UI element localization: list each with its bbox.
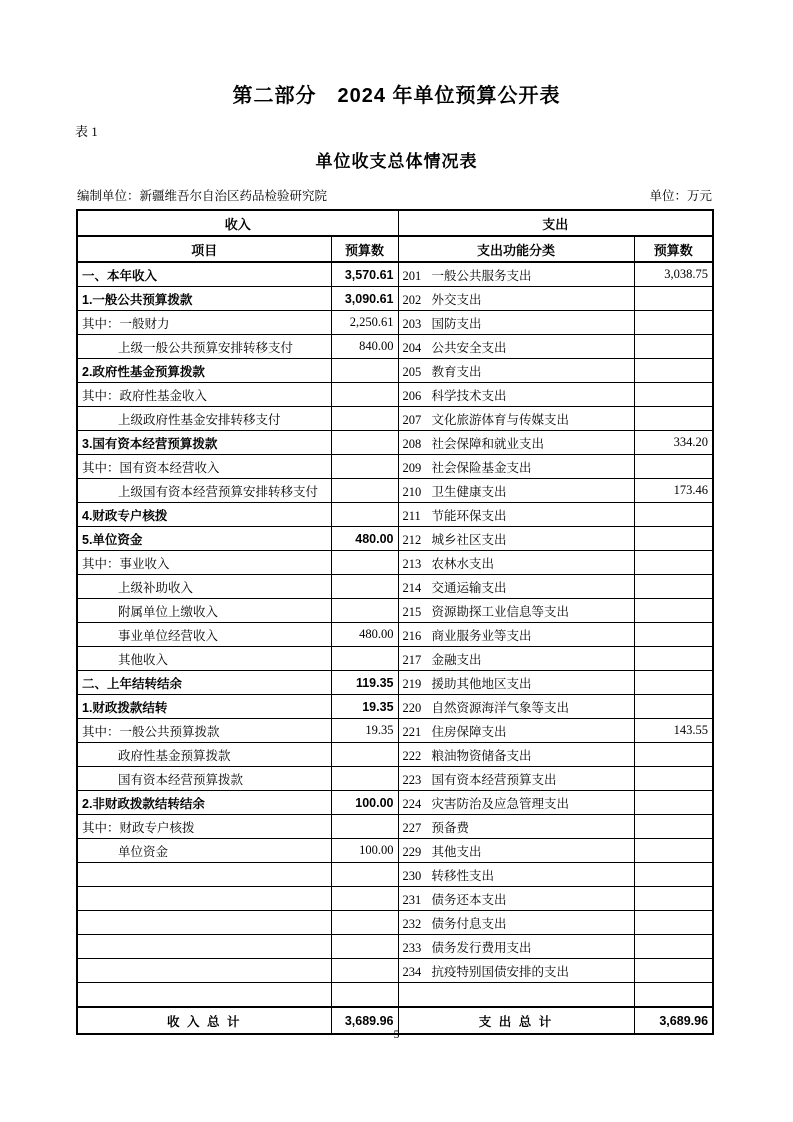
income-budget-cell [331, 599, 398, 623]
income-budget-cell [331, 887, 398, 911]
income-budget-cell: 480.00 [331, 623, 398, 647]
income-budget-cell [331, 551, 398, 575]
income-item-cell: 一、本年收入 [77, 262, 331, 287]
expense-item-cell: 229其他支出 [398, 839, 634, 863]
table-row: 上级补助收入214交通运输支出 [77, 575, 713, 599]
expense-function-label: 卫生健康支出 [432, 485, 507, 499]
expense-item-cell: 227预备费 [398, 815, 634, 839]
income-section-header: 收入 [77, 210, 398, 236]
expense-budget-cell [634, 455, 713, 479]
expense-function-code: 210 [403, 485, 425, 500]
expense-budget-cell [634, 407, 713, 431]
expense-budget-cell [634, 959, 713, 983]
expense-function-code: 217 [403, 653, 425, 668]
expense-function-label: 公共安全支出 [432, 341, 507, 355]
expense-item-cell: 214交通运输支出 [398, 575, 634, 599]
expense-function-label: 债务付息支出 [432, 917, 507, 931]
budget-table: 收入 支出 项目 预算数 支出功能分类 预算数 一、本年收入3,570.6120… [76, 209, 714, 1035]
expense-item-cell: 217金融支出 [398, 647, 634, 671]
page-title: 第二部分 2024 年单位预算公开表 [0, 84, 793, 108]
expense-function-label: 转移性支出 [432, 869, 495, 883]
income-item-cell: 3.国有资本经营预算拨款 [77, 431, 331, 455]
expense-section-header: 支出 [398, 210, 713, 236]
expense-budget-cell [634, 743, 713, 767]
income-item-cell: 附属单位上缴收入 [77, 599, 331, 623]
income-item-cell [77, 911, 331, 935]
income-item-cell [77, 887, 331, 911]
income-item-cell: 上级国有资本经营预算安排转移支付 [77, 479, 331, 503]
income-item-cell: 单位资金 [77, 839, 331, 863]
column-header-budget2: 预算数 [634, 236, 713, 262]
expense-function-label: 交通运输支出 [432, 581, 507, 595]
expense-item-cell: 208社会保障和就业支出 [398, 431, 634, 455]
expense-budget-cell [634, 287, 713, 311]
income-budget-cell [331, 911, 398, 935]
income-item-cell: 其中：国有资本经营收入 [77, 455, 331, 479]
expense-budget-cell [634, 815, 713, 839]
expense-budget-cell [634, 503, 713, 527]
expense-item-cell: 205教育支出 [398, 359, 634, 383]
column-header-function: 支出功能分类 [398, 236, 634, 262]
expense-function-label: 援助其他地区支出 [432, 677, 532, 691]
table-row: 其中：一般公共预算拨款19.35221住房保障支出143.55 [77, 719, 713, 743]
expense-item-cell: 202外交支出 [398, 287, 634, 311]
income-budget-cell [331, 935, 398, 959]
table-row: 4.财政专户核拨211节能环保支出 [77, 503, 713, 527]
expense-function-label: 金融支出 [432, 653, 482, 667]
income-budget-cell: 19.35 [331, 695, 398, 719]
income-item-cell: 上级一般公共预算安排转移支付 [77, 335, 331, 359]
expense-item-cell: 204公共安全支出 [398, 335, 634, 359]
expense-item-cell: 201一般公共服务支出 [398, 262, 634, 287]
unit-note: 单位：万元 [649, 189, 712, 204]
income-item-cell: 1.一般公共预算拨款 [77, 287, 331, 311]
income-item-cell: 其中：政府性基金收入 [77, 383, 331, 407]
table-row: 3.国有资本经营预算拨款208社会保障和就业支出334.20 [77, 431, 713, 455]
income-item-cell [77, 863, 331, 887]
expense-item-cell: 219援助其他地区支出 [398, 671, 634, 695]
meta-line: 编制单位：新疆维吾尔自治区药品检验研究院 单位：万元 [77, 189, 712, 204]
expense-function-code: 208 [403, 437, 425, 452]
income-budget-cell: 19.35 [331, 719, 398, 743]
table-row: 其他收入217金融支出 [77, 647, 713, 671]
table-row: 1.财政拨款结转19.35220自然资源海洋气象等支出 [77, 695, 713, 719]
expense-function-code: 215 [403, 605, 425, 620]
expense-item-cell: 220自然资源海洋气象等支出 [398, 695, 634, 719]
expense-item-cell: 223国有资本经营预算支出 [398, 767, 634, 791]
expense-function-label: 自然资源海洋气象等支出 [432, 701, 570, 715]
table-row: 其中：政府性基金收入206科学技术支出 [77, 383, 713, 407]
expense-function-label: 抗疫特别国债安排的支出 [432, 965, 570, 979]
table-label: 表 1 [75, 124, 98, 139]
expense-item-cell: 206科学技术支出 [398, 383, 634, 407]
expense-budget-cell [634, 671, 713, 695]
table-row: 上级一般公共预算安排转移支付840.00204公共安全支出 [77, 335, 713, 359]
page-subtitle: 单位收支总体情况表 [0, 151, 793, 173]
expense-function-code: 207 [403, 413, 425, 428]
expense-budget-cell [634, 767, 713, 791]
expense-budget-cell [634, 983, 713, 1008]
expense-item-cell: 209社会保险基金支出 [398, 455, 634, 479]
expense-function-code: 203 [403, 317, 425, 332]
expense-item-cell: 224灾害防治及应急管理支出 [398, 791, 634, 815]
expense-function-code: 219 [403, 677, 425, 692]
income-item-cell: 事业单位经营收入 [77, 623, 331, 647]
expense-budget-cell [634, 383, 713, 407]
expense-budget-cell [634, 359, 713, 383]
income-item-cell: 国有资本经营预算拨款 [77, 767, 331, 791]
table-row: 一、本年收入3,570.61201一般公共服务支出3,038.75 [77, 262, 713, 287]
expense-budget-cell [634, 791, 713, 815]
expense-function-label: 债务还本支出 [432, 893, 507, 907]
expense-function-code: 223 [403, 773, 425, 788]
expense-function-code: 205 [403, 365, 425, 380]
expense-function-label: 教育支出 [432, 365, 482, 379]
expense-budget-cell [634, 647, 713, 671]
expense-function-code: 224 [403, 797, 425, 812]
income-budget-cell [331, 359, 398, 383]
table-row: 2.政府性基金预算拨款205教育支出 [77, 359, 713, 383]
expense-function-code: 201 [403, 269, 425, 284]
income-item-cell: 其他收入 [77, 647, 331, 671]
expense-budget-cell [634, 335, 713, 359]
income-item-cell: 上级政府性基金安排转移支付 [77, 407, 331, 431]
expense-function-code: 221 [403, 725, 425, 740]
expense-function-label: 社会保障和就业支出 [432, 437, 545, 451]
expense-function-label: 科学技术支出 [432, 389, 507, 403]
expense-item-cell: 212城乡社区支出 [398, 527, 634, 551]
expense-function-label: 农林水支出 [432, 557, 495, 571]
expense-budget-cell [634, 599, 713, 623]
expense-function-code: 214 [403, 581, 425, 596]
table-row: 2.非财政拨款结转结余100.00224灾害防治及应急管理支出 [77, 791, 713, 815]
expense-function-code: 211 [403, 509, 425, 524]
table-row: 单位资金100.00229其他支出 [77, 839, 713, 863]
expense-function-code: 204 [403, 341, 425, 356]
expense-function-code: 234 [403, 965, 425, 980]
expense-function-code: 222 [403, 749, 425, 764]
budget-table-body: 一、本年收入3,570.61201一般公共服务支出3,038.751.一般公共预… [77, 262, 713, 1007]
income-item-cell: 2.政府性基金预算拨款 [77, 359, 331, 383]
expense-function-code: 213 [403, 557, 425, 572]
income-budget-cell [331, 431, 398, 455]
expense-item-cell: 233债务发行费用支出 [398, 935, 634, 959]
expense-function-code: 229 [403, 845, 425, 860]
expense-function-code: 202 [403, 293, 425, 308]
income-budget-cell: 3,090.61 [331, 287, 398, 311]
document-page: 第二部分 2024 年单位预算公开表 表 1 单位收支总体情况表 编制单位：新疆… [0, 0, 793, 1122]
expense-function-code: 220 [403, 701, 425, 716]
table-row: 上级国有资本经营预算安排转移支付210卫生健康支出173.46 [77, 479, 713, 503]
expense-budget-cell [634, 623, 713, 647]
income-item-cell: 2.非财政拨款结转结余 [77, 791, 331, 815]
table-row: 其中：国有资本经营收入209社会保险基金支出 [77, 455, 713, 479]
income-item-cell: 其中：一般公共预算拨款 [77, 719, 331, 743]
expense-function-label: 文化旅游体育与传媒支出 [432, 413, 570, 427]
expense-function-code: 206 [403, 389, 425, 404]
expense-function-label: 外交支出 [432, 293, 482, 307]
expense-function-code: 216 [403, 629, 425, 644]
expense-item-cell: 230转移性支出 [398, 863, 634, 887]
income-budget-cell: 119.35 [331, 671, 398, 695]
expense-function-code: 212 [403, 533, 425, 548]
expense-item-cell: 221住房保障支出 [398, 719, 634, 743]
expense-function-label: 粮油物资储备支出 [432, 749, 532, 763]
expense-function-label: 城乡社区支出 [432, 533, 507, 547]
income-item-cell [77, 983, 331, 1008]
expense-item-cell: 216商业服务业等支出 [398, 623, 634, 647]
income-budget-cell [331, 575, 398, 599]
expense-budget-cell [634, 863, 713, 887]
expense-item-cell: 211节能环保支出 [398, 503, 634, 527]
income-budget-cell: 100.00 [331, 839, 398, 863]
income-budget-cell: 100.00 [331, 791, 398, 815]
income-budget-cell [331, 503, 398, 527]
expense-budget-cell [634, 575, 713, 599]
expense-item-cell: 213农林水支出 [398, 551, 634, 575]
expense-function-label: 其他支出 [432, 845, 482, 859]
expense-item-cell: 232债务付息支出 [398, 911, 634, 935]
expense-budget-cell: 334.20 [634, 431, 713, 455]
expense-item-cell: 210卫生健康支出 [398, 479, 634, 503]
expense-budget-cell: 3,038.75 [634, 262, 713, 287]
expense-budget-cell [634, 311, 713, 335]
expense-function-label: 商业服务业等支出 [432, 629, 532, 643]
income-budget-cell [331, 455, 398, 479]
income-item-cell [77, 959, 331, 983]
table-row: 5.单位资金480.00212城乡社区支出 [77, 527, 713, 551]
expense-item-cell: 231债务还本支出 [398, 887, 634, 911]
expense-function-code: 232 [403, 917, 425, 932]
expense-budget-cell [634, 527, 713, 551]
section-header-row: 收入 支出 [77, 210, 713, 236]
income-budget-cell: 2,250.61 [331, 311, 398, 335]
expense-item-cell: 207文化旅游体育与传媒支出 [398, 407, 634, 431]
income-item-cell: 政府性基金预算拨款 [77, 743, 331, 767]
table-row: 230转移性支出 [77, 863, 713, 887]
expense-budget-cell [634, 839, 713, 863]
income-budget-cell: 480.00 [331, 527, 398, 551]
table-row: 231债务还本支出 [77, 887, 713, 911]
column-header-budget: 预算数 [331, 236, 398, 262]
income-budget-cell: 840.00 [331, 335, 398, 359]
income-item-cell: 其中：一般财力 [77, 311, 331, 335]
expense-function-label: 资源勘探工业信息等支出 [432, 605, 570, 619]
income-item-cell: 1.财政拨款结转 [77, 695, 331, 719]
expense-item-cell [398, 983, 634, 1008]
income-budget-cell [331, 863, 398, 887]
income-budget-cell [331, 647, 398, 671]
page-number: 5 [0, 1027, 793, 1042]
prepared-by-unit: 编制单位：新疆维吾尔自治区药品检验研究院 [77, 189, 327, 204]
expense-function-label: 社会保险基金支出 [432, 461, 532, 475]
table-row: 附属单位上缴收入215资源勘探工业信息等支出 [77, 599, 713, 623]
expense-budget-cell [634, 695, 713, 719]
expense-item-cell: 222粮油物资储备支出 [398, 743, 634, 767]
expense-function-label: 债务发行费用支出 [432, 941, 532, 955]
income-item-cell: 其中：事业收入 [77, 551, 331, 575]
table-row: 1.一般公共预算拨款3,090.61202外交支出 [77, 287, 713, 311]
income-item-cell: 上级补助收入 [77, 575, 331, 599]
table-row: 232债务付息支出 [77, 911, 713, 935]
expense-budget-cell [634, 551, 713, 575]
income-budget-cell [331, 407, 398, 431]
expense-budget-cell [634, 911, 713, 935]
expense-function-code: 209 [403, 461, 425, 476]
income-item-cell: 其中：财政专户核拨 [77, 815, 331, 839]
expense-function-label: 国防支出 [432, 317, 482, 331]
income-budget-cell [331, 815, 398, 839]
income-budget-cell [331, 743, 398, 767]
expense-function-label: 灾害防治及应急管理支出 [432, 797, 570, 811]
table-row: 其中：事业收入213农林水支出 [77, 551, 713, 575]
expense-function-label: 住房保障支出 [432, 725, 507, 739]
column-header-item: 项目 [77, 236, 331, 262]
income-item-cell: 4.财政专户核拨 [77, 503, 331, 527]
expense-item-cell: 203国防支出 [398, 311, 634, 335]
expense-function-code: 230 [403, 869, 425, 884]
expense-function-code: 233 [403, 941, 425, 956]
income-budget-cell [331, 479, 398, 503]
expense-function-label: 节能环保支出 [432, 509, 507, 523]
income-item-cell: 二、上年结转结余 [77, 671, 331, 695]
expense-function-label: 一般公共服务支出 [432, 269, 532, 283]
table-row: 事业单位经营收入480.00216商业服务业等支出 [77, 623, 713, 647]
table-row: 上级政府性基金安排转移支付207文化旅游体育与传媒支出 [77, 407, 713, 431]
income-budget-cell [331, 959, 398, 983]
income-budget-cell [331, 767, 398, 791]
table-row: 234抗疫特别国债安排的支出 [77, 959, 713, 983]
expense-function-label: 国有资本经营预算支出 [432, 773, 557, 787]
table-row: 其中：一般财力2,250.61203国防支出 [77, 311, 713, 335]
table-row: 其中：财政专户核拨227预备费 [77, 815, 713, 839]
income-item-cell [77, 935, 331, 959]
table-row: 国有资本经营预算拨款223国有资本经营预算支出 [77, 767, 713, 791]
expense-budget-cell: 143.55 [634, 719, 713, 743]
expense-function-code: 231 [403, 893, 425, 908]
expense-function-label: 预备费 [432, 821, 470, 835]
expense-item-cell: 215资源勘探工业信息等支出 [398, 599, 634, 623]
income-budget-cell: 3,570.61 [331, 262, 398, 287]
income-budget-cell [331, 383, 398, 407]
expense-budget-cell [634, 887, 713, 911]
expense-function-code: 227 [403, 821, 425, 836]
column-header-row: 项目 预算数 支出功能分类 预算数 [77, 236, 713, 262]
table-row [77, 983, 713, 1008]
table-row: 政府性基金预算拨款222粮油物资储备支出 [77, 743, 713, 767]
expense-budget-cell [634, 935, 713, 959]
income-budget-cell [331, 983, 398, 1008]
table-row: 二、上年结转结余119.35219援助其他地区支出 [77, 671, 713, 695]
table-row: 233债务发行费用支出 [77, 935, 713, 959]
expense-item-cell: 234抗疫特别国债安排的支出 [398, 959, 634, 983]
income-item-cell: 5.单位资金 [77, 527, 331, 551]
expense-budget-cell: 173.46 [634, 479, 713, 503]
